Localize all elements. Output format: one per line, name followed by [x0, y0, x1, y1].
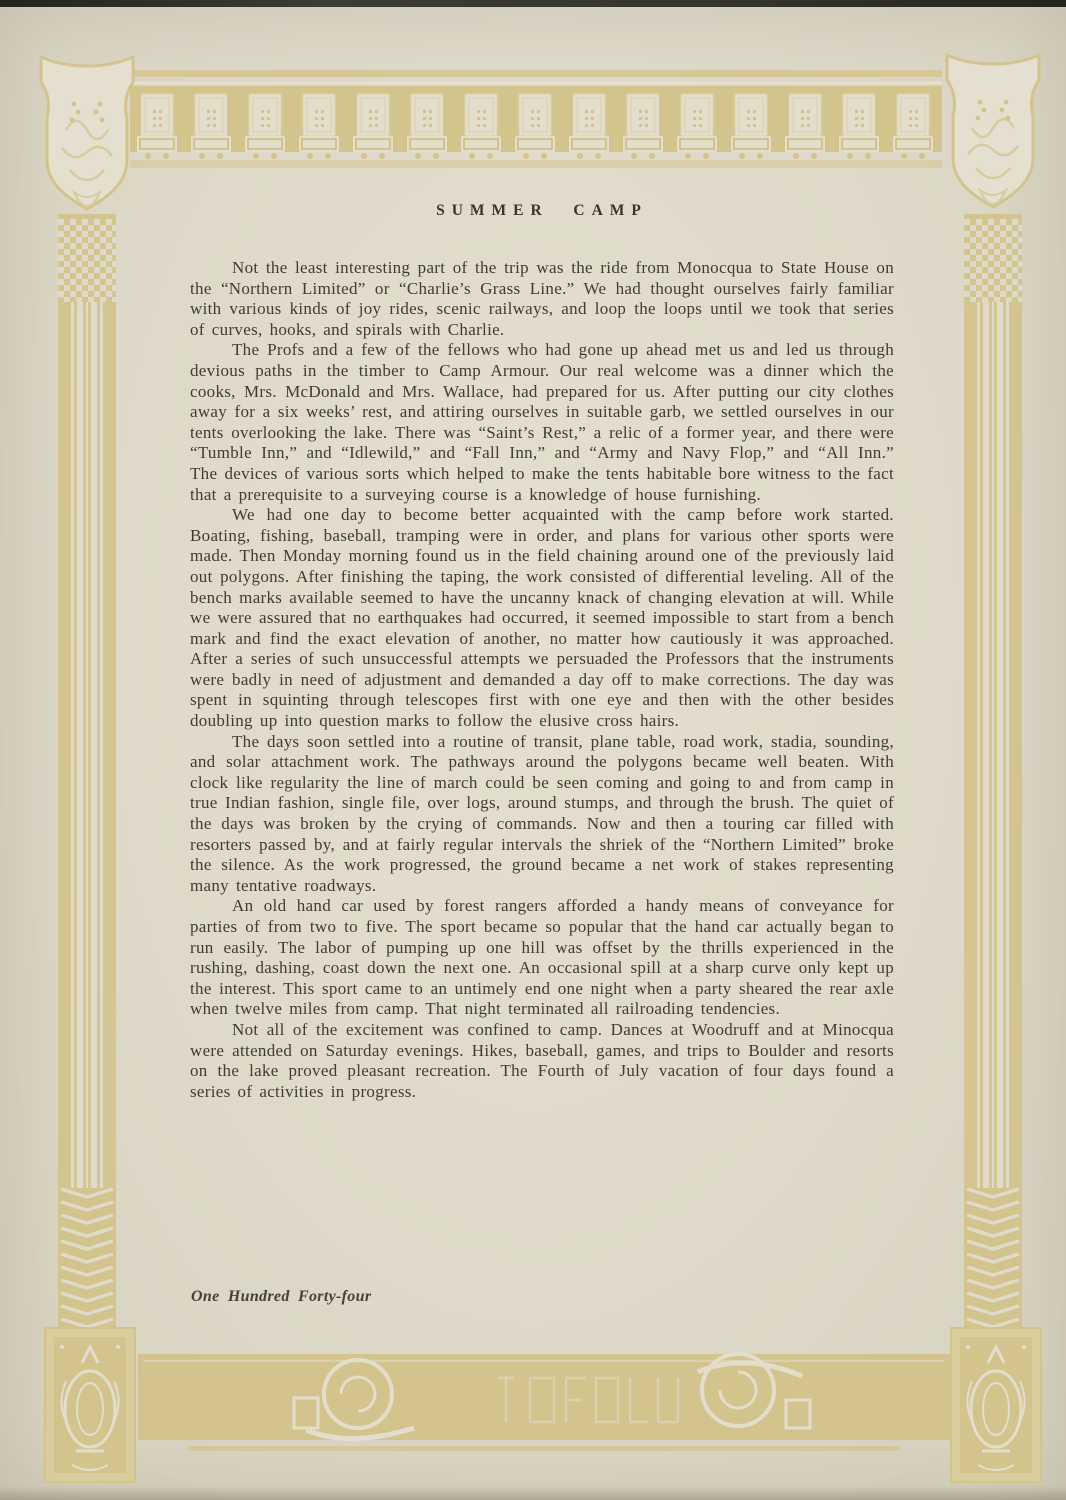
right-column-chevron-ornament	[964, 1188, 1022, 1328]
left-column-chevron-ornament	[58, 1188, 116, 1328]
scan-edge-bottom	[0, 1486, 1066, 1500]
page-number: One Hundred Forty-four	[191, 1288, 371, 1306]
scan-edge-top	[0, 0, 1066, 7]
paragraph: The Profs and a few of the fellows who h…	[190, 340, 894, 505]
body-text: Not the least interesting part of the tr…	[190, 258, 894, 1102]
bottom-left-urn-ornament	[42, 1325, 138, 1491]
paragraph: We had one day to become better acquaint…	[190, 505, 894, 732]
paragraph: An old hand car used by forest rangers a…	[190, 896, 894, 1020]
bottom-right-urn-ornament	[948, 1325, 1044, 1491]
left-column-capital-ornament	[58, 214, 116, 309]
left-column-ornament	[58, 302, 116, 1190]
right-column-capital-ornament	[964, 214, 1022, 309]
paragraph: Not all of the excitement was confined t…	[190, 1020, 894, 1102]
paragraph: Not the least interesting part of the tr…	[190, 258, 894, 340]
top-left-cartouche-ornament	[36, 52, 138, 220]
paragraph: The days soon settled into a routine of …	[190, 732, 894, 897]
bottom-band-ornament	[138, 1342, 950, 1464]
top-right-cartouche-ornament	[942, 50, 1044, 218]
top-frieze-ornament	[130, 70, 942, 174]
page-title: SUMMER CAMP	[190, 202, 894, 220]
scanned-book-page: SUMMER CAMP Not the least interesting pa…	[0, 0, 1066, 1500]
right-column-ornament	[964, 302, 1022, 1190]
